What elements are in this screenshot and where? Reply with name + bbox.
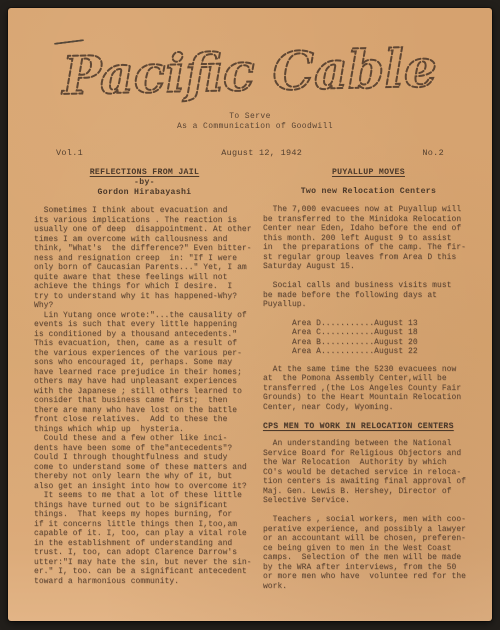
section-title-cps: CPS MEN TO WORK IN RELOCATION CENTERS: [263, 422, 474, 431]
photo-background: { "masthead": { "title": "Pacific Cable"…: [0, 0, 500, 630]
masthead-tagline-line1: To Serve: [8, 112, 492, 122]
schedule-row: Area C...........August 18: [263, 328, 474, 338]
left-column: REFLECTIONS FROM JAIL -by- Gordon Hiraba…: [34, 168, 255, 591]
article-columns: REFLECTIONS FROM JAIL -by- Gordon Hiraba…: [8, 158, 492, 591]
article-title-reflections: REFLECTIONS FROM JAIL: [34, 168, 255, 178]
issue-number: No.2: [422, 148, 444, 158]
issue-date: August 12, 1942: [221, 148, 302, 158]
schedule-row: Area B...........August 20: [263, 338, 474, 348]
author-name: Gordon Hirabayashi: [34, 188, 255, 198]
schedule-row: Area A...........August 22: [263, 347, 474, 357]
article-subtitle: Two new Relocation Centers: [263, 187, 474, 197]
byline: -by-: [34, 178, 255, 188]
issue-info-line: Vol.1 August 12, 1942 No.2: [8, 148, 492, 158]
masthead: Pacific Cable To Serve As a Communicatio…: [8, 8, 492, 132]
reflections-body: Sometimes I think about evacuation and i…: [34, 206, 255, 586]
volume-label: Vol.1: [56, 148, 83, 158]
rope-title-text: Pacific Cable: [60, 38, 438, 107]
schedule-row: Area D...........August 13: [263, 319, 474, 329]
newsletter-page: Pacific Cable To Serve As a Communicatio…: [8, 8, 492, 621]
puyallup-body-1: The 7,000 evacuees now at Puyallup will …: [263, 205, 474, 310]
right-column: PUYALLUP MOVES Two new Relocation Center…: [263, 168, 474, 591]
masthead-tagline-line2: As a Communication of Goodwill: [18, 122, 492, 132]
rope-logo: Pacific Cable: [35, 34, 465, 112]
departure-schedule: Area D...........August 13 Area C.......…: [263, 319, 474, 357]
cps-body: An understanding between the National Se…: [263, 439, 474, 591]
article-title-puyallup: PUYALLUP MOVES: [263, 168, 474, 178]
puyallup-body-2: At the same time the 5230 evacuees now a…: [263, 365, 474, 413]
